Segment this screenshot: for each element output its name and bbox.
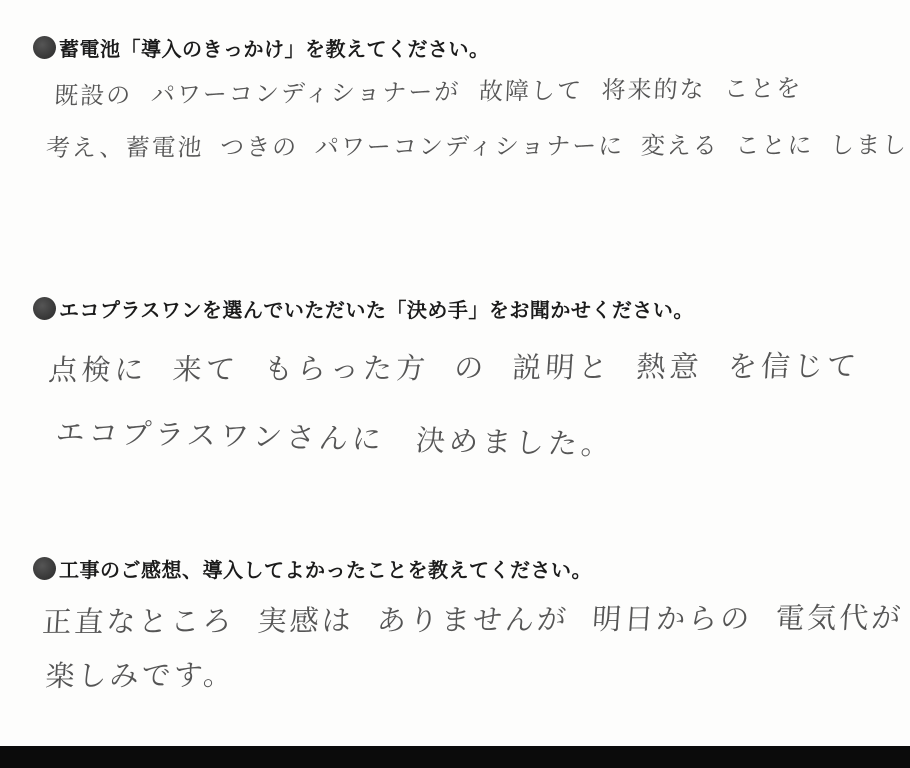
question-1-title: 蓄電池「導入のきっかけ」を教えてください。 [59, 33, 490, 62]
question-3-title: 工事のご感想、導入してよかったことを教えてください。 [59, 554, 592, 583]
bullet-icon [33, 557, 56, 580]
bullet-icon [33, 297, 56, 320]
handwritten-answer-2-line-2: エコプラスワンさんに 決めました。 [54, 410, 616, 464]
handwritten-answer-3-line-1: 正直なところ 実感は ありませんが 明日からの 電気代が [41, 595, 905, 641]
handwritten-answer-2-line-1: 点検に 来て もらった方 の 説明と 熱意 を信じて [47, 344, 861, 389]
question-2-title: エコプラスワンを選んでいただいた「決め手」をお聞かせください。 [59, 294, 694, 323]
handwritten-answer-1-line-2: 考え、蓄電池 つきの パワーコンディショナーに 変える ことに しました。 [45, 125, 910, 163]
handwritten-answer-3-line-2: 楽しみです。 [44, 653, 236, 695]
handwritten-answer-1-line-1: 既設の パワーコンディショナーが 故障して 将来的な ことを [54, 68, 804, 111]
survey-scan-page: 蓄電池「導入のきっかけ」を教えてください。 既設の パワーコンディショナーが 故… [0, 0, 910, 768]
bullet-icon [33, 36, 56, 59]
question-2-header: エコプラスワンを選んでいただいた「決め手」をお聞かせください。 [33, 294, 694, 323]
question-1-header: 蓄電池「導入のきっかけ」を教えてください。 [33, 33, 490, 62]
scanner-edge-bar [0, 746, 910, 768]
question-3-header: 工事のご感想、導入してよかったことを教えてください。 [33, 554, 592, 583]
